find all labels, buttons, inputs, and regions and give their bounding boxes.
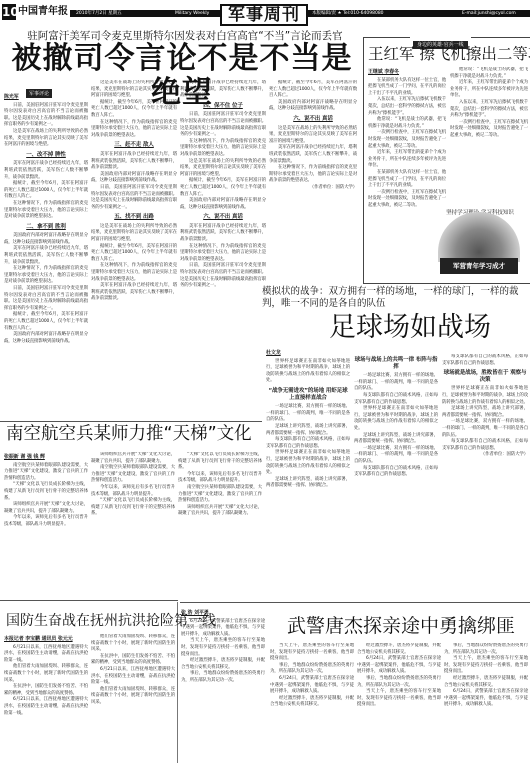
divider (180, 602, 530, 603)
police-para: 事后，当地群众纷纷赞扬唐杰的英勇行为，所在部队为其记功一次。 (270, 663, 354, 676)
football-para: 足球场上讲究阵型，战场上讲究部署，两者都需要统一指挥、协同配合。 (354, 433, 438, 446)
page-number: 10 (2, 4, 16, 20)
football-para: 每支球队都有自己的战术风格，正如每支军队都有自己的作战思想。 (354, 393, 438, 406)
sidebar-col-2: 他常说：“飞机是战士的武器，把飞机擦干净就是对战斗力负责。” 近年来，王红军带出… (450, 67, 528, 207)
football-para: 每支球队都有自己的战术风格，正如每支军队都有自己的作战思想。 (442, 439, 528, 452)
football-para: 每支球队都有自己的战术风格，正如每支军队都有自己的作战思想。 (354, 466, 438, 479)
lead-para: 在这种情况下，作为前线指挥官的麦克里斯特尔承受着巨大压力，他的言论实际上是对战争… (91, 120, 177, 140)
police-col-4: 事后，当地群众纷纷赞扬唐杰的英勇行为，所在部队为其记功一次。 当天上午，唐杰乘坐… (444, 643, 528, 763)
lead-subhead: 一、改不掉 脾性 (4, 152, 88, 159)
lead-para: 这是美军在战场上的失利所导致的必然结果，麦克里斯特尔的言论其实反映了美军在阿富汗… (4, 129, 88, 149)
lead-para: 这是美军在战场上的失利所导致的必然结果，麦克里斯特尔的言论其实反映了美军在阿富汗… (269, 126, 357, 146)
flood-para: 6月21日以来，江西抚州地区遭遇特大洪水，在校国防生主动请缨，奋战在抗洪抢险第一… (91, 667, 175, 687)
football-col-3: 每支球队都有自己的战术风格，正如每支军队都有自己的作战思想。 球场就是战场，胜败… (442, 354, 528, 592)
flood-para: 6月21日以来，江西抚州地区遭遇特大洪水，在校国防生主动请缨，奋战在抗洪抢险第一… (4, 697, 88, 717)
football-para: 世界杯足球赛正在南非如火如荼地进行，足球被誉为和平时期的战争，球场上的攻防转换与… (266, 450, 350, 476)
lead-col-2: 这是美军在战场上的失利所导致的必然结果，麦克里斯特尔的言论其实反映了美军在阿富汗… (91, 80, 177, 420)
flood-col-2: 他们冒着大雨加固堤坝、转移群众，连续奋战数十个小时，展现了新时代国防生的风采。 … (91, 634, 175, 763)
lead-para: 日前，美国驻阿富汗驻军司令麦克里斯特尔因发表对白宫高官的不当言论而被撤职。这是美… (4, 103, 88, 129)
football-headline: 足球场如战场 (290, 311, 530, 345)
flood-headline: 国防生奋战在抚州抗洪抢险第一线 (6, 612, 176, 630)
lead-para: 日前，美国驻阿富汗驻军司令麦克里斯特尔因发表对白宫高官的不当言论而被撤职。这是美… (91, 185, 177, 211)
police-col-1: 张 浩 刘平勇 6月24日，武警某部士官唐杰在探亲途中遇到一起绑架案件，他临危不… (181, 608, 265, 763)
lead-byline: （作者单位：国防大学） (269, 185, 357, 192)
email: E-mail:junshi@cyol.com (462, 10, 516, 17)
football-para: 一场足球比赛，双方拥有一样的场地、一样的球门、一样的裁判，唯一不同的是各自的队伍… (354, 446, 438, 466)
flood-para: 他们冒着大雨加固堤坝、转移群众，连续奋战数十个小时，展现了新时代国防生的风采。 (91, 634, 175, 654)
lead-para: 美国政府内部对阿富汗战略存在明显分歧，这种分歧直接影响到前线作战。 (4, 233, 88, 246)
football-subhead: 球场与战场上的共鸣一律 布阵与指挥 (354, 357, 438, 370)
tianti-para: “天梯”文化以飞行员成长阶梯为主线，构建了从新飞行员到飞行骨干的完整培养体系。 (178, 452, 262, 472)
sidebar-para: 近年来，王红军带出的徒弟个个成为业务骨干，所在中队连续多年被评为先进单位。 (368, 150, 446, 170)
tianti-para: 今年以来，该师先后有多名飞行员晋升技术等级，部队战斗力明显提升。 (178, 472, 262, 485)
study-badge: 军营青年学习成才 (440, 258, 518, 274)
police-para: 当天上午，唐杰乘坐的客车行至某地时，发现有歹徒持刀挟持一名乘客，他当即挺身而出。 (357, 689, 441, 709)
football-subhead: “战争无需进攻”的场地 用虾足球上直接样直战合 (266, 388, 350, 401)
tianti-para: 该师组织官兵开展“天梯”文化大讨论，凝聚了官兵共识，提升了部队凝聚力。 (4, 502, 88, 515)
lead-para: 在这种情况下，作为前线指挥官的麦克里斯特尔承受着巨大压力，他的言论实际上是对战争… (91, 263, 177, 283)
tianti-headline: 南空航空兵某师力推“天梯”文化 (6, 423, 262, 445)
lead-para: 日前，美国驻阿富汗驻军司令麦克里斯特尔因发表对白宫高官的不当言论而被撤职。这是美… (4, 286, 88, 312)
lead-para: 这是美军在战场上的失利所导致的必然结果，麦克里斯特尔的言论其实反映了美军在阿富汗… (91, 224, 177, 244)
lead-para: 日前，美国驻阿富汗驻军司令麦克里斯特尔因发表对白宫高官的不当言论而被撤职。这是美… (180, 112, 266, 138)
lead-para: 这是美军在战场上的失利所导致的必然结果，麦克里斯特尔的言论其实反映了美军在阿富汗… (91, 80, 177, 100)
police-para: 当天上午，唐杰乘坐的客车行至某地时，发现有歹徒持刀挟持一名乘客，他当即挺身而出。 (270, 643, 354, 663)
tianti-para: 该师组织官兵开展“天梯”文化大讨论，凝聚了官兵共识，提升了部队凝聚力。 (178, 505, 262, 518)
football-subhead: 球场就是战场，胜败皆在于 观察与决策 (442, 370, 528, 383)
divider (0, 600, 178, 601)
police-para: 经过激烈搏斗，唐杰将歹徒制服，并配合当地公安机关将其移交。 (270, 696, 354, 709)
tianti-col-3: “天梯”文化以飞行员成长阶梯为主线，构建了从新飞行员到飞行骨干的完整培养体系。 … (178, 452, 262, 594)
police-para: 当天上午，唐杰乘坐的客车行至某地时，发现有歹徒持刀挟持一名乘客，他当即挺身而出。 (444, 656, 528, 676)
tianti-para: “天梯”文化以飞行员成长阶梯为主线，构建了从新飞行员到飞行骨干的完整培养体系。 (4, 482, 88, 502)
tianti-para: 今年以来，该师先后有多名飞行员晋升技术等级，部队战斗力明显提升。 (4, 515, 88, 528)
paper-logo: 中国青年报 (16, 4, 70, 20)
section-title: 军事周刊 (220, 4, 308, 26)
police-para: 6月24日，武警某部士官唐杰在探亲途中遇到一起绑架案件，他临危不惧，与歹徒展开搏… (270, 676, 354, 696)
police-para: 事后，当地群众纷纷赞扬唐杰的英勇行为，所在部队为其记功一次。 (357, 676, 441, 689)
tianti-para: “天梯”文化以飞行员成长阶梯为主线，构建了从新飞行员到飞行骨干的完整培养体系。 (91, 498, 175, 518)
lead-para: 美国政府内部对阿富汗战略存在明显分歧，这种分歧直接影响到前线作战。 (269, 100, 357, 113)
sidebar-para: 在某部机务大队有这样一位士官，他把擦飞机当成了一门学问，在平凡的岗位上干出了不平… (368, 78, 446, 98)
english-title: Military Weekly (175, 10, 209, 17)
lead-para: 据统计，截至今年6月，美军在阿富汗的死亡人数已超过1000人，仅今年上半年就有数… (4, 312, 88, 332)
lead-para: 据统计，截至今年6月，美军在阿富汗的死亡人数已超过1000人，仅今年上半年就有数… (269, 80, 357, 100)
lead-para: 这是美军在战场上的失利所导致的必然结果，麦克里斯特尔的言论其实反映了美军在阿富汗… (180, 159, 266, 179)
flood-para: 6月21日以来，江西抚州地区遭遇特大洪水，在校国防生主动请缨，奋战在抗洪抢险第一… (4, 645, 88, 665)
lead-col-1: 陈光军 日前，美国驻阿富汗驻军司令麦克里斯特尔因发表对白宫高官的不当言论而被撤职… (4, 92, 88, 420)
sidebar-para: 一次例行检查中，王红军在擦拭飞机时发现一处细微裂纹，及时报告避免了一起重大事故，… (368, 130, 446, 150)
lead-subhead: 三、赶不走 敌人 (91, 142, 177, 149)
lead-subhead: 六、说不出 真话 (180, 214, 266, 221)
lead-para: 据统计，截至今年6月，美军在阿富汗的死亡人数已超过1000人，仅今年上半年就有数… (91, 100, 177, 120)
lead-para: 美军在阿富汗战争已经持续近九年，塔利班武装依然活跃，美军伤亡人数不断攀升，战争前… (91, 152, 177, 172)
sidebar-para: 入伍以来，王红军先后擦拭飞机数千架次，总结出一套科学的擦拭方法，被官兵称为“擦机… (368, 97, 446, 117)
police-para: 经过激烈搏斗，唐杰将歹徒制服，并配合当地公安机关将其移交。 (181, 658, 265, 671)
masthead: 10 中国青年报 2010年7月2日 星期五 Military Weekly 本… (0, 4, 530, 20)
sidebar-para: 他常说：“飞机是战士的武器，把飞机擦干净就是对战斗力负责。” (368, 117, 446, 130)
lead-col-3: 美军在阿富汗战争已经持续近九年，塔利班武装依然活跃，美军伤亡人数不断攀升，战争前… (180, 80, 266, 420)
football-para: 足球场上讲究阵型，战场上讲究部署，两者都需要统一指挥、协同配合。 (266, 477, 350, 490)
tianti-para: 南空航空兵某师着眼部队建设需要，大力推进“天梯”文化建设，激发了官兵的工作热情和… (4, 463, 88, 483)
divider (0, 421, 262, 422)
tianti-col-2: 该师组织官兵开展“天梯”文化大讨论，凝聚了官兵共识，提升了部队凝聚力。 南空航空… (91, 452, 175, 594)
lead-para: 美军在阿富汗战争已经持续近九年，塔利班武装依然活跃，美军伤亡人数不断攀升，战争前… (4, 246, 88, 266)
lead-para: 在这种情况下，作为前线指挥官的麦克里斯特尔承受着巨大压力，他的言论实际上是对战争… (4, 201, 88, 221)
football-para: 足球场上讲究阵型，战场上讲究部署，两者都需要统一指挥、协同配合。 (442, 406, 528, 419)
sidebar-para: 在某部机务大队有这样一位士官，他把擦飞机当成了一门学问，在平凡的岗位上干出了不平… (368, 170, 446, 190)
flood-para: 在抗洪中，国防生们发扬不怕苦、不怕累的精神，受到当地群众的高度赞扬。 (4, 684, 88, 697)
tianti-authors: 张振新 谢 强 钱 辉 (4, 454, 88, 461)
sidebar-para: 一次例行检查中，王红军在擦拭飞机时发现一处细微裂纹，及时报告避免了一起重大事故，… (450, 120, 528, 140)
lead-para: 据统计，截至今年6月，美军在阿富汗的死亡人数已超过1000人，仅今年上半年就有数… (91, 244, 177, 264)
date-line: 2010年7月2日 星期五 (76, 10, 122, 17)
lead-author: 陈光军 (4, 94, 88, 101)
lead-para: 美国政府内部对阿富汗战略存在明显分歧，这种分歧直接影响到前线作战。 (180, 198, 266, 211)
police-para: 6月24日，武警某部士官唐杰在探亲途中遇到一起绑架案件，他临危不惧，与歹徒展开搏… (181, 619, 265, 639)
lead-para: 在这种情况下，作为前线指挥官的麦克里斯特尔承受着巨大压力，他的言论实际上是对战争… (4, 266, 88, 286)
editor-line: 本版编辑/责 ★ Tel:010-64098080 (312, 10, 384, 17)
tianti-col-1: 张振新 谢 强 钱 辉 南空航空兵某师着眼部队建设需要，大力推进“天梯”文化建设… (4, 452, 88, 594)
sidebar-para: 一次例行检查中，王红军在擦拭飞机时发现一处细微裂纹，及时报告避免了一起重大事故，… (368, 190, 446, 210)
football-para: 世界杯足球赛正在南非如火如荼地进行，足球被誉为和平时期的战争，球场上的攻防转换与… (266, 359, 350, 385)
lead-col-4: 据统计，截至今年6月，美军在阿富汗的死亡人数已超过1000人，仅今年上半年就有数… (269, 80, 357, 280)
police-authors: 张 浩 刘平勇 (181, 610, 265, 617)
football-col-1: 杜文龙 世界杯足球赛正在南非如火如荼地进行，足球被誉为和平时期的战争，球场上的攻… (266, 348, 350, 592)
police-headline: 武警唐杰探亲途中勇擒绑匪 (272, 614, 530, 638)
lead-para: 在这种情况下，作为前线指挥官的麦克里斯特尔承受着巨大压力，他的言论实际上是对战争… (180, 139, 266, 159)
sidebar-authors: 王继斌 李春冬 (368, 69, 446, 76)
lead-para: 日前，美国驻阿富汗驻军司令麦克里斯特尔因发表对白宫高官的不当言论而被撤职。这是美… (180, 263, 266, 289)
football-para: 一场足球比赛，双方拥有一样的场地、一样的球门、一样的裁判，唯一不同的是各自的队伍… (354, 373, 438, 393)
lead-para: 据统计，截至今年6月，美军在阿富汗的死亡人数已超过1000人，仅今年上半年就有数… (180, 178, 266, 198)
lead-para: 美军在阿富汗战争已经持续近九年，塔利班武装依然活跃，美军伤亡人数不断攀升，战争前… (180, 80, 266, 100)
lead-subhead: 五、找不到 出路 (91, 214, 177, 221)
football-para: 世界杯足球赛正在南非如火如荼地进行，足球被誉为和平时期的战争，球场上的攻防转换与… (442, 386, 528, 406)
sidebar-col-1: 王继斌 李春冬 在某部机务大队有这样一位士官，他把擦飞机当成了一门学问，在平凡的… (368, 67, 446, 279)
police-para: 事后，当地群众纷纷赞扬唐杰的英勇行为，所在部队为其记功一次。 (444, 643, 528, 656)
lead-para: 美军在阿富汗战争已经持续近九年，塔利班武装依然活跃，美军伤亡人数不断攀升，战争前… (180, 224, 266, 244)
police-para: 事后，当地群众纷纷赞扬唐杰的英勇行为，所在部队为其记功一次。 (181, 671, 265, 684)
lead-para: 美军在阿富汗战争已经持续近九年，塔利班武装依然活跃，美军伤亡人数不断攀升，战争前… (91, 283, 177, 303)
lead-subhead: 二、拿不到 胜利 (4, 224, 88, 231)
lead-subhead: 六、说不出 真话 (269, 116, 357, 123)
lead-para: 美军在阿富汗战争已经持续近九年，塔利班武装依然活跃，美军伤亡人数不断攀升，战争前… (269, 145, 357, 165)
lead-para: 据统计，截至今年6月，美军在阿富汗的死亡人数已超过1000人，仅今年上半年就有数… (4, 181, 88, 201)
football-para: 足球场上讲究阵型，战场上讲究部署，两者都需要统一指挥、协同配合。 (266, 424, 350, 437)
lead-para: 美军在阿富汗战争已经持续近九年，塔利班武装依然活跃，美军伤亡人数不断攀升，战争前… (4, 161, 88, 181)
police-col-2: 当天上午，唐杰乘坐的客车行至某地时，发现有歹徒持刀挟持一名乘客，他当即挺身而出。… (270, 643, 354, 763)
tianti-para: 该师组织官兵开展“天梯”文化大讨论，凝聚了官兵共识，提升了部队凝聚力。 (91, 452, 175, 465)
tianti-para: 南空航空兵某师着眼部队建设需要，大力推进“天梯”文化建设，激发了官兵的工作热情和… (178, 485, 262, 505)
police-para: 经过激烈搏斗，唐杰将歹徒制服，并配合当地公安机关将其移交。 (357, 643, 441, 656)
football-para: 每支球队都有自己的战术风格，正如每支军队都有自己的作战思想。 (442, 354, 528, 367)
police-para: 6月24日，武警某部士官唐杰在探亲途中遇到一起绑架案件，他临危不惧，与歹徒展开搏… (357, 656, 441, 676)
sidebar-headline: 王红军 擦飞机擦出二等功 (368, 44, 530, 64)
lead-para: 在这种情况下，作为前线指挥官的麦克里斯特尔承受着巨大压力，他的言论实际上是对战争… (180, 244, 266, 264)
football-col-2: 球场与战场上的共鸣一律 布阵与指挥 一场足球比赛，双方拥有一样的场地、一样的球门… (354, 354, 438, 592)
flood-para: 他们冒着大雨加固堤坝、转移群众，连续奋战数十个小时，展现了新时代国防生的风采。 (4, 664, 88, 684)
flood-authors: 本报记者 李宝鹏 通讯员 张元元 (4, 636, 88, 643)
police-col-3: 经过激烈搏斗，唐杰将歹徒制服，并配合当地公安机关将其移交。 6月24日，武警某部… (357, 643, 441, 763)
football-kicker: 模拟状的战争：双方拥有一样的场地，一样的球门，一样的裁判，唯一不同的是各自的队伍 (262, 286, 530, 310)
police-para: 当天上午，唐杰乘坐的客车行至某地时，发现有歹徒持刀挟持一名乘客，他当即挺身而出。 (181, 638, 265, 658)
lead-subhead: 四、保不住 位子 (180, 103, 266, 110)
flood-col-1: 本报记者 李宝鹏 通讯员 张元元 6月21日以来，江西抚州地区遭遇特大洪水，在校… (4, 634, 88, 763)
sidebar-para: 入伍以来，王红军先后擦拭飞机数千架次，总结出一套科学的擦拭方法，被官兵称为“擦机… (450, 100, 528, 120)
police-para: 6月24日，武警某部士官唐杰在探亲途中遇到一起绑架案件，他临危不惧，与歹徒展开搏… (444, 689, 528, 709)
football-author: 杜文龙 (266, 350, 350, 357)
football-para: 每支球队都有自己的战术风格，正如每支军队都有自己的作战思想。 (266, 437, 350, 450)
lead-para: 美国政府内部对阿富汗战略存在明显分歧，这种分歧直接影响到前线作战。 (91, 172, 177, 185)
sidebar-para: 近年来，王红军带出的徒弟个个成为业务骨干，所在中队连续多年被评为先进单位。 (450, 80, 528, 100)
lead-para: 美国政府内部对阿富汗战略存在明显分歧，这种分歧直接影响到前线作战。 (4, 332, 88, 345)
tianti-para: 南空航空兵某师着眼部队建设需要，大力推进“天梯”文化建设，激发了官兵的工作热情和… (91, 465, 175, 485)
flood-para: 在抗洪中，国防生们发扬不怕苦、不怕累的精神，受到当地群众的高度赞扬。 (91, 654, 175, 667)
flood-para: 他们冒着大雨加固堤坝、转移群众，连续奋战数十个小时，展现了新时代国防生的风采。 (91, 687, 175, 707)
lead-para: 在这种情况下，作为前线指挥官的麦克里斯特尔承受着巨大压力，他的言论实际上是对战争… (269, 165, 357, 185)
football-para: 一场足球比赛，双方拥有一样的场地、一样的球门、一样的裁判，唯一不同的是各自的队伍… (266, 404, 350, 424)
football-para: 世界杯足球赛正在南非如火如荼地进行，足球被誉为和平时期的战争，球场上的攻防转换与… (354, 406, 438, 432)
football-byline: （作者单位：国防大学） (442, 452, 528, 459)
football-para: 一场足球比赛，双方拥有一样的场地、一样的球门、一样的裁判，唯一不同的是各自的队伍… (442, 419, 528, 439)
sidebar-para: 他常说：“飞机是战士的武器，把飞机擦干净就是对战斗力负责。” (450, 67, 528, 80)
police-para: 经过激烈搏斗，唐杰将歹徒制服，并配合当地公安机关将其移交。 (444, 676, 528, 689)
tianti-para: 今年以来，该师先后有多名飞行员晋升技术等级，部队战斗力明显提升。 (91, 485, 175, 498)
